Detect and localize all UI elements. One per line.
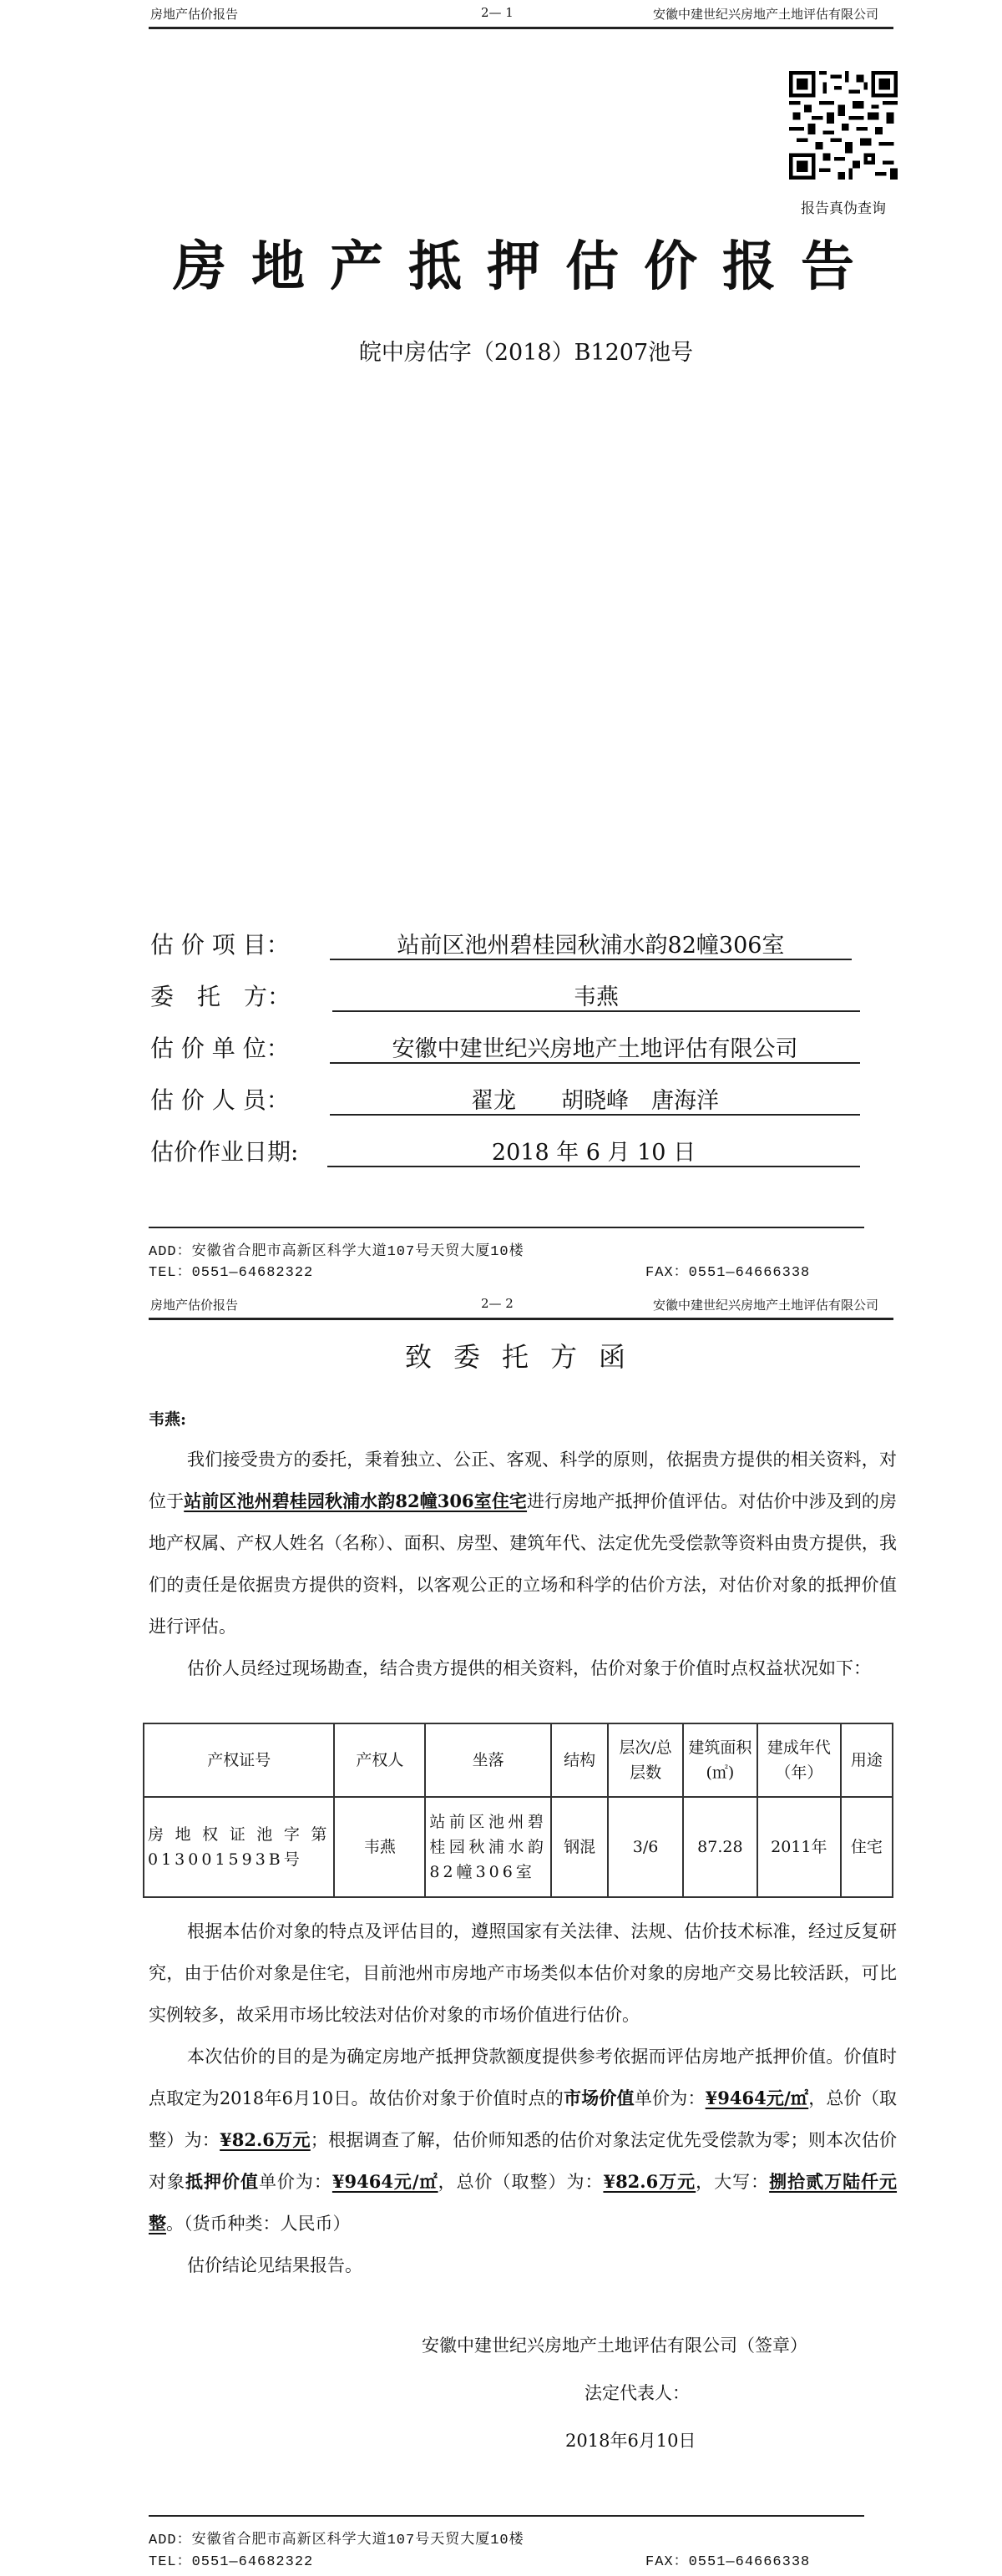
qr-verify-label: 报告真伪查询: [789, 196, 898, 217]
footer-tel: TEL：0551—64682322: [149, 2548, 313, 2570]
field-value: 站前区池州碧桂园秋浦水韵82幢306室: [330, 927, 852, 960]
property-address: 站前区池州碧桂园秋浦水韵82幢306室住宅: [184, 1490, 527, 1511]
field-label: 委 托 方：: [150, 979, 291, 1012]
report-number: 皖中房估字（2018）B1207池号: [150, 334, 902, 367]
field-label: 估 价 项 目：: [150, 927, 290, 960]
text-span: 进行房地产抵押价值评估。对估价中涉及到的房地产权属、产权人姓名（名称）、面积、房…: [149, 1491, 897, 1637]
field-appraisal-unit: 估 价 单 位： 安徽中建世纪兴房地产土地评估有限公司: [150, 1030, 885, 1064]
col-header-owner: 产权人: [334, 1723, 425, 1797]
text-span: ，大写：: [696, 2172, 769, 2192]
header-company: 安徽中建世纪兴房地产土地评估有限公司: [653, 5, 878, 23]
footer-fax: FAX：0551—64666338: [645, 2548, 810, 2570]
field-value: 安徽中建世纪兴房地产土地评估有限公司: [330, 1030, 860, 1064]
signature-company: 安徽中建世纪兴房地产土地评估有限公司（签章）: [422, 2332, 807, 2357]
mortgage-total-price: ¥82.6万元: [603, 2171, 696, 2192]
signature-date: 2018年6月10日: [565, 2427, 696, 2452]
header-page-number: 2— 2: [481, 1296, 514, 1311]
page-header-2: 房地产估价报告 2— 2 安徽中建世纪兴房地产土地评估有限公司: [149, 1291, 893, 1320]
cell-owner: 韦燕: [334, 1797, 425, 1897]
cell-location: 站前区池州碧桂园秋浦水韵82幢306室: [425, 1797, 551, 1897]
text-span: 。（货币种类：人民币）: [166, 2214, 351, 2234]
field-label: 估 价 单 位：: [150, 1030, 290, 1064]
cell-structure: 钢混: [551, 1797, 609, 1897]
property-rights-table: 产权证号 产权人 坐落 结构 层次/总层数 建筑面积(㎡) 建成年代（年） 用途…: [143, 1723, 893, 1898]
col-header-structure: 结构: [551, 1723, 609, 1797]
col-header-cert-no: 产权证号: [144, 1723, 334, 1797]
field-project: 估 价 项 目： 站前区池州碧桂园秋浦水韵82幢306室: [150, 927, 885, 960]
letter-salutation: 韦燕:: [149, 1399, 897, 1440]
letter-paragraph-5: 估价结论见结果报告。: [149, 2245, 897, 2286]
field-appraisers: 估 价 人 员： 翟龙 胡晓峰 唐海洋: [150, 1082, 885, 1116]
letter-paragraph-3: 根据本估价对象的特点及评估目的，遵照国家有关法律、法规、估价技术标准，经过反复研…: [149, 1910, 897, 2036]
letter-paragraph-4: 本次估价的目的是为确定房地产抵押贷款额度提供参考依据而评估房地产抵押价值。价值时…: [149, 2036, 897, 2245]
field-value: 翟龙 胡晓峰 唐海洋: [330, 1082, 860, 1116]
signature-legal-rep: 法定代表人：: [584, 2380, 690, 2405]
field-value: 2018 年 6 月 10 日: [327, 1134, 860, 1167]
text-span: 单价为：: [259, 2172, 332, 2192]
report-title: 房地产抵押估价报告: [150, 224, 902, 301]
text-span: ，总价（取整）为：: [438, 2172, 604, 2192]
market-value-label: 市场价值: [564, 2088, 635, 2108]
col-header-location: 坐落: [425, 1723, 551, 1797]
cell-area: 87.28: [683, 1797, 757, 1897]
table-header-row: 产权证号 产权人 坐落 结构 层次/总层数 建筑面积(㎡) 建成年代（年） 用途: [144, 1723, 893, 1797]
field-work-date: 估价作业日期: 2018 年 6 月 10 日: [150, 1134, 885, 1167]
qr-code-icon[interactable]: [789, 71, 898, 180]
letter-title: 致委托方函: [150, 1336, 902, 1374]
header-page-number: 2— 1: [481, 5, 514, 20]
cell-build-year: 2011年: [757, 1797, 841, 1897]
mortgage-value-label: 抵押价值: [185, 2171, 259, 2192]
text-span: 单价为：: [635, 2088, 706, 2108]
footer-fax: FAX：0551—64666338: [645, 1259, 810, 1281]
page-header-1: 房地产估价报告 2— 1 安徽中建世纪兴房地产土地评估有限公司: [149, 0, 893, 29]
cell-floor: 3/6: [608, 1797, 682, 1897]
footer-tel: TEL：0551—64682322: [149, 1259, 313, 1281]
mortgage-unit-price: ¥9464元/㎡: [332, 2171, 438, 2192]
field-client: 委 托 方： 韦燕: [150, 979, 885, 1012]
field-label: 估 价 人 员：: [150, 1082, 290, 1116]
footer-divider: [149, 2515, 864, 2517]
header-doc-type: 房地产估价报告: [150, 1296, 238, 1313]
table-row: 房地权证池字第013001593B号 韦燕 站前区池州碧桂园秋浦水韵82幢306…: [144, 1797, 893, 1897]
col-header-floor: 层次/总层数: [608, 1723, 682, 1797]
market-total-price: ¥82.6万元: [220, 2129, 311, 2150]
letter-paragraph-1: 我们接受贵方的委托，秉着独立、公正、客观、科学的原则，依据贵方提供的相关资料，对…: [149, 1439, 897, 1647]
field-value: 韦燕: [332, 979, 860, 1012]
footer-divider: [149, 1227, 864, 1228]
header-company: 安徽中建世纪兴房地产土地评估有限公司: [653, 1296, 878, 1313]
header-doc-type: 房地产估价报告: [150, 5, 238, 23]
footer-address: ADD：安徽省合肥市高新区科学大道107号天贸大厦10楼: [149, 2527, 524, 2548]
footer-address: ADD：安徽省合肥市高新区科学大道107号天贸大厦10楼: [149, 1238, 524, 1260]
col-header-area: 建筑面积(㎡): [683, 1723, 757, 1797]
col-header-usage: 用途: [841, 1723, 893, 1797]
cell-cert-no: 房地权证池字第013001593B号: [144, 1797, 334, 1897]
market-unit-price: ¥9464元/㎡: [706, 2088, 809, 2108]
cell-usage: 住宅: [841, 1797, 893, 1897]
col-header-build-year: 建成年代（年）: [757, 1723, 841, 1797]
letter-paragraph-2: 估价人员经过现场勘查，结合贵方提供的相关资料，估价对象于价值时点权益状况如下：: [149, 1647, 897, 1689]
field-label: 估价作业日期:: [150, 1134, 298, 1167]
